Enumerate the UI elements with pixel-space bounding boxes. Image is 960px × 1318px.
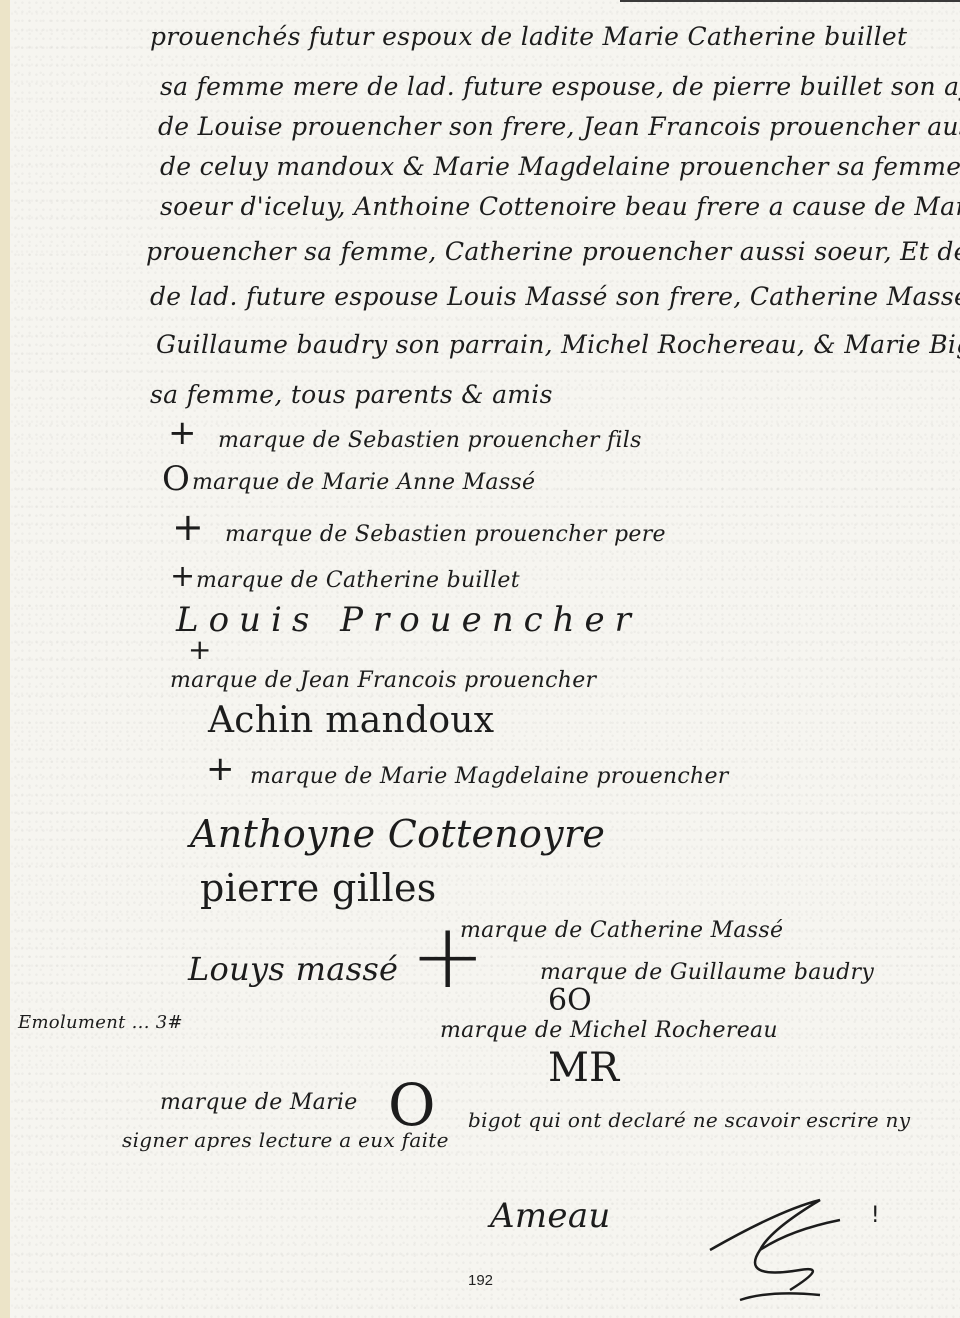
mark-catherine-buillet: marque de Catherine buillet [196,568,520,593]
baudry-mark-icon: 6O [548,986,592,1016]
body-line-8: Guillaume baudry son parrain, Michel Roc… [156,330,960,359]
page-edge [0,0,10,1318]
document-page: prouenchés futur espoux de ladite Marie … [0,0,960,1318]
cross-mark-icon: + [206,752,235,786]
signature-louys-masse: Louys massé [188,950,398,988]
text-bigot-declaration: bigot qui ont declaré ne scavoir escrire… [468,1108,910,1132]
body-line-3: de Louise prouencher son frere, Jean Fra… [158,112,960,141]
circle-mark-icon: O [388,1076,436,1134]
margin-note-emolument: Emolument ... 3# [18,1012,183,1033]
cross-mark-icon: + [188,636,211,664]
body-line-7: de lad. future espouse Louis Massé son f… [150,282,960,311]
mark-jean-francois: marque de Jean Francois prouencher [170,668,596,693]
small-mark-icon: ǃ [872,1205,879,1227]
notary-paraphe-icon [700,1190,880,1310]
body-line-9: sa femme, tous parents & amis [150,380,553,409]
mark-marie-magdelaine: marque de Marie Magdelaine prouencher [250,764,729,789]
cross-mark-icon: + [170,562,195,592]
body-line-6: prouencher sa femme, Catherine prouenche… [146,237,960,266]
mark-sebastien-fils: marque de Sebastien prouencher fils [218,428,642,453]
text-signer-apres-lecture: signer apres lecture a eux faite [122,1128,449,1152]
signature-louis-prouencher: Louis Prouencher [176,600,641,640]
mark-marie: marque de Marie [160,1090,358,1115]
signature-ameau: Ameau [490,1196,611,1236]
body-line-5: soeur d'iceluy, Anthoine Cottenoire beau… [160,192,960,221]
mark-catherine-masse: marque de Catherine Massé [460,918,783,943]
rochereau-mark-icon: MR [548,1048,619,1088]
body-line-1: prouenchés futur espoux de ladite Marie … [150,22,907,51]
body-line-4: de celuy mandoux & Marie Magdelaine prou… [160,152,960,181]
top-border-line [620,0,960,2]
signature-anthoyne-cottenoyre: Anthoyne Cottenoyre [190,812,605,856]
cross-mark-icon: + [168,416,197,450]
mark-sebastien-pere: marque de Sebastien prouencher pere [225,522,666,547]
mark-marie-anne-masse: marque de Marie Anne Massé [192,470,535,495]
signature-pierre-gilles: pierre gilles [200,866,437,910]
circle-mark-icon: O [162,462,190,496]
mark-guillaume-baudry: marque de Guillaume baudry [540,960,874,985]
page-number: 192 [468,1272,493,1289]
body-line-2: sa femme mere de lad. future espouse, de… [160,72,960,101]
cross-mark-icon: + [172,508,204,546]
signature-achin-mandoux: Achin mandoux [208,700,494,741]
mark-michel-rochereau: marque de Michel Rochereau [440,1018,778,1043]
